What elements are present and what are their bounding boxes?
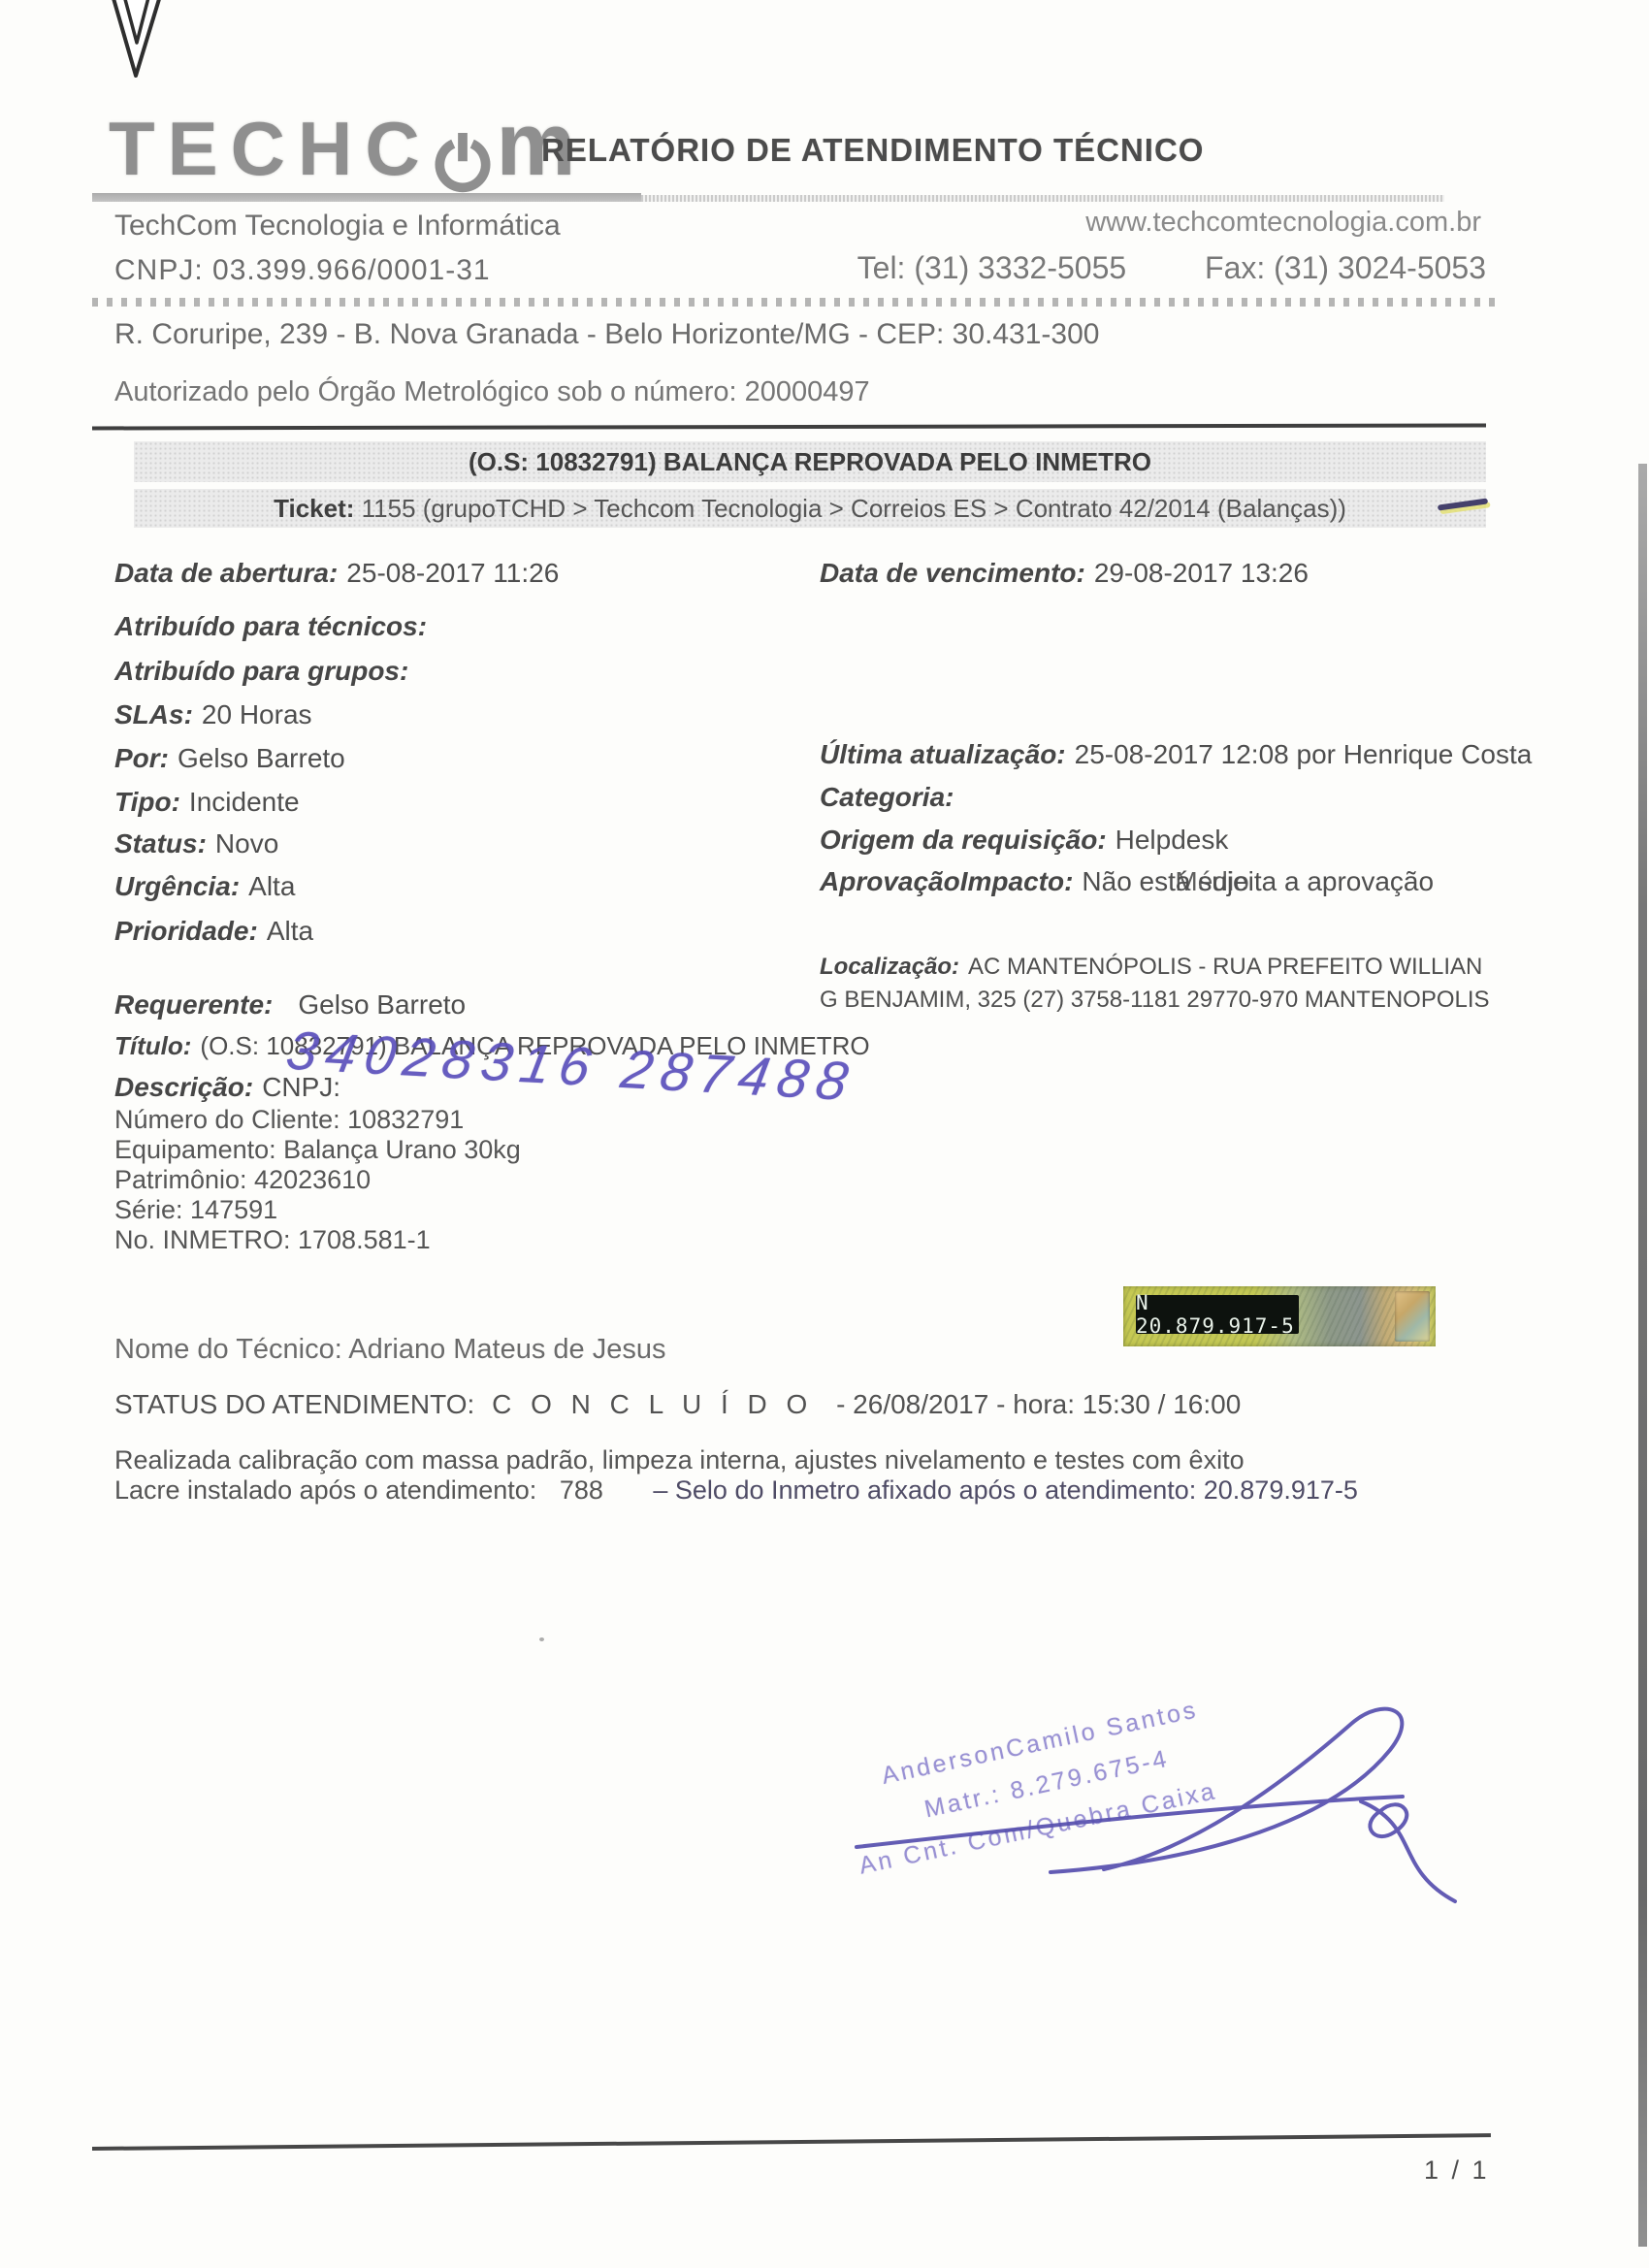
page-number: 1 / 1 [1424, 2155, 1490, 2186]
field-prioridade: Prioridade:Alta [114, 916, 313, 947]
technician-name-line: Nome do Técnico: Adriano Mateus de Jesus [114, 1334, 666, 1366]
field-ultima-atualizacao: Última atualização:25-08-2017 12:08 por … [820, 739, 1532, 770]
os-title-bar: (O.S: 10832791) BALANÇA REPROVADA PELO I… [134, 441, 1486, 482]
seal-hologram [1395, 1291, 1430, 1342]
field-origem-requisicao: Origem da requisição:Helpdesk [820, 825, 1228, 856]
signature-scribble [823, 1680, 1463, 1908]
field-por: Por:Gelso Barreto [114, 743, 345, 774]
phone-fax-line: Tel: (31) 3332-5055 Fax: (31) 3024-5053 [857, 250, 1486, 286]
inmetro-number-line: No. INMETRO: 1708.581-1 [114, 1225, 521, 1255]
metrology-authorization: Autorizado pelo Órgão Metrológico sob o … [114, 376, 870, 408]
ink-speck [539, 1637, 544, 1641]
fax-number: Fax: (31) 3024-5053 [1205, 250, 1486, 285]
scanned-service-report-page: TECHC m RELATÓRIO DE ATENDIMENTO TÉCNICO… [0, 0, 1649, 2268]
techcom-logo: TECHC m [109, 105, 575, 193]
aprovacao-value: Não está sujeita a aprovação [1082, 866, 1434, 896]
serial-line: Série: 147591 [114, 1195, 521, 1225]
field-tipo: Tipo:Incidente [114, 787, 300, 818]
aprovacao-label: Aprovação [820, 866, 960, 896]
field-data-vencimento: Data de vencimento:29-08-2017 13:26 [820, 558, 1309, 589]
lacre-label: Lacre instalado após o atendimento: [114, 1475, 536, 1505]
company-name: TechCom Tecnologia e Informática [114, 210, 561, 243]
service-note-line2: Lacre instalado após o atendimento: 788 … [114, 1475, 1358, 1506]
field-categoria: Categoria: [820, 782, 962, 813]
field-urgencia: Urgência:Alta [114, 871, 295, 902]
logo-underline [92, 193, 641, 202]
field-aprovacao-impacto-overlap: AprovaçãoImpacto:Não está sujeita a apro… [820, 866, 1434, 897]
service-status-line: STATUS DO ATENDIMENTO: C O N C L U Í D O… [114, 1389, 1241, 1420]
status-prefix: STATUS DO ATENDIMENTO: [114, 1389, 474, 1419]
impacto-label: Impacto: [960, 866, 1074, 896]
field-requerente: Requerente:Gelso Barreto [114, 989, 466, 1021]
company-cnpj: CNPJ: 03.399.966/0001-31 [114, 254, 491, 287]
company-website: www.techcomtecnologia.com.br [1085, 207, 1481, 239]
document-title: RELATÓRIO DE ATENDIMENTO TÉCNICO [541, 132, 1204, 169]
scan-edge-shadow [1638, 464, 1647, 2247]
header-rule [92, 423, 1486, 430]
power-icon [435, 133, 491, 195]
equipment-line: Equipamento: Balança Urano 30kg [114, 1135, 521, 1165]
seal-number-plate: N 20.879.917-5 [1136, 1295, 1299, 1334]
impacto-value: Médio [1175, 866, 1248, 897]
inmetro-seal-sticker: N 20.879.917-5 [1123, 1286, 1436, 1346]
lacre-value: 788 [560, 1475, 603, 1505]
paperclip-icon [93, 0, 182, 85]
field-data-abertura: Data de abertura:25-08-2017 11:26 [114, 558, 559, 589]
field-slas: SLAs:20 Horas [114, 699, 312, 730]
status-value: C O N C L U Í D O [492, 1389, 813, 1419]
field-atribuido-tecnicos: Atribuído para técnicos: [114, 611, 436, 642]
phone-number: Tel: (31) 3332-5055 [857, 250, 1127, 285]
company-address: R. Coruripe, 239 - B. Nova Granada - Bel… [114, 318, 1099, 351]
service-note-line1: Realizada calibração com massa padrão, l… [114, 1445, 1245, 1475]
logo-text-prefix: TECHC [109, 105, 433, 193]
selo-note: – Selo do Inmetro afixado após o atendim… [653, 1475, 1358, 1505]
status-datetime: - 26/08/2017 - hora: 15:30 / 16:00 [836, 1389, 1241, 1419]
field-atribuido-grupos: Atribuído para grupos: [114, 656, 417, 687]
title-underline [641, 195, 1444, 202]
ticket-label: Ticket: [274, 494, 354, 523]
client-number-line: Número do Cliente: 10832791 [114, 1105, 521, 1135]
ticket-bar: Ticket: 1155 (grupoTCHD > Techcom Tecnol… [134, 489, 1486, 528]
field-status: Status:Novo [114, 828, 278, 859]
dashed-separator [92, 298, 1501, 307]
client-details-block: Número do Cliente: 10832791 Equipamento:… [114, 1105, 521, 1255]
footer-rule [92, 2133, 1491, 2151]
seal-number: N 20.879.917-5 [1136, 1291, 1299, 1338]
ticket-value: 1155 (grupoTCHD > Techcom Tecnologia > C… [362, 494, 1346, 523]
patrimony-line: Patrimônio: 42023610 [114, 1165, 521, 1195]
field-localizacao: Localização:AC MANTENÓPOLIS - RUA PREFEI… [820, 951, 1504, 1017]
